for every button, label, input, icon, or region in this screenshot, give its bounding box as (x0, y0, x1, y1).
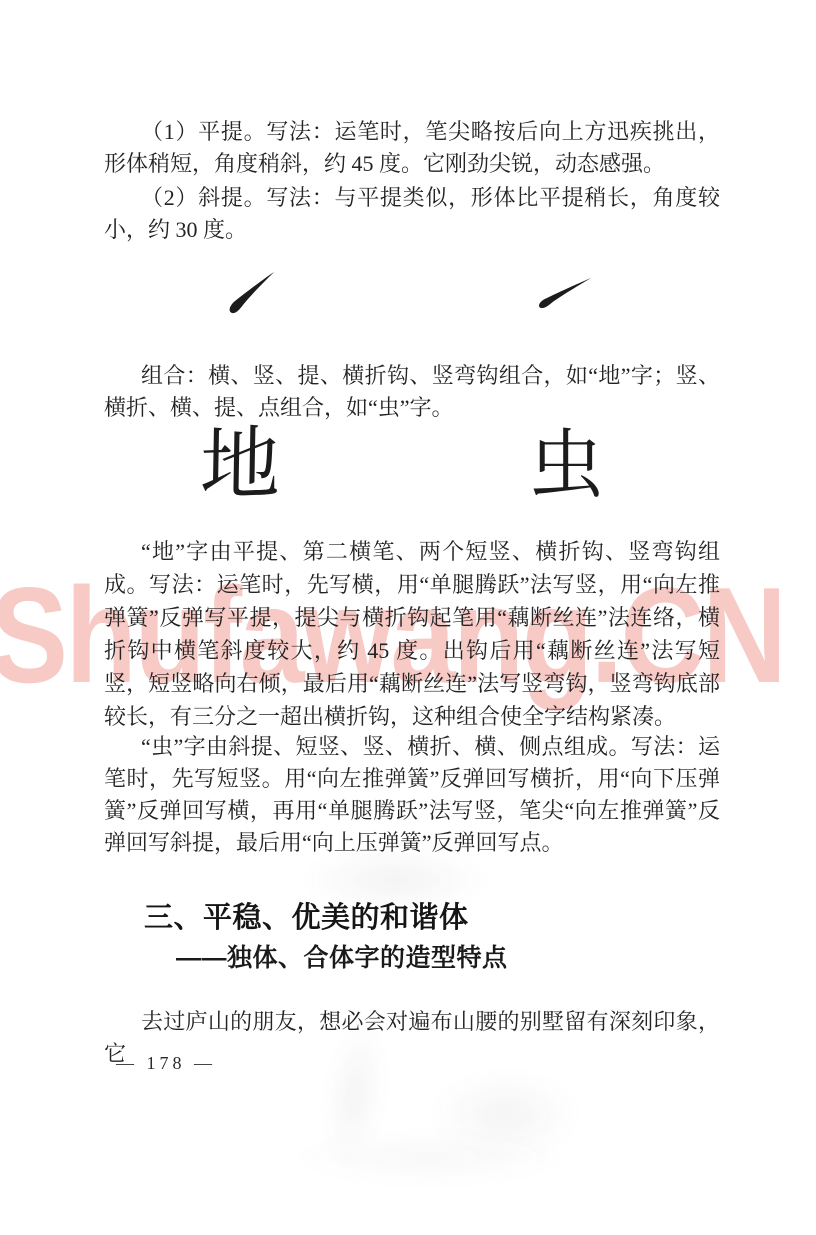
ping-ti-stroke-icon (226, 270, 278, 316)
section-heading: 三、平稳、优美的和谐体 (144, 900, 469, 936)
xie-ti-stroke-icon (535, 276, 593, 310)
example-character-di: 地 (199, 423, 281, 510)
book-page: Shufawang.CN （1）平提。写法：运笔时，笔尖略按后向上方迅疾挑出，形… (0, 0, 816, 1235)
paragraph-xie-ti: （2）斜提。写法：与平提类似，形体比平提稍长，角度较小，约 30 度。 (104, 182, 720, 246)
paragraph-di-analysis: “地”字由平提、第二横笔、两个短竖、横折钩、竖弯钩组成。写法：运笔时，先写横，用… (104, 535, 720, 733)
paragraph-chong-analysis: “虫”字由斜提、短竖、竖、横折、横、侧点组成。写法：运笔时，先写短竖。用“向左推… (104, 731, 720, 859)
example-character-chong: 虫 (528, 424, 604, 508)
faint-smudge-watermark (430, 1070, 580, 1160)
paragraph-combination: 组合：横、竖、提、横折钩、竖弯钩组合，如“地”字；竖、横折、横、提、点组合，如“… (104, 360, 720, 424)
paragraph-ping-ti: （1）平提。写法：运笔时，笔尖略按后向上方迅疾挑出，形体稍短，角度稍斜，约 45… (104, 116, 720, 180)
section-subheading: ——独体、合体字的造型特点 (176, 942, 508, 974)
faint-smudge-watermark (290, 1130, 570, 1185)
page-number: — 178 — (116, 1051, 216, 1075)
